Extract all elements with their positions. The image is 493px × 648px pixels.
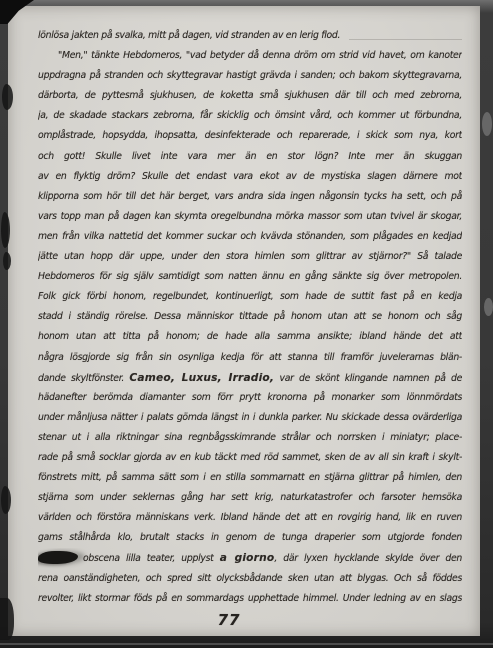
text-line: men från vilka nattetid det kommer sucka… [38, 227, 462, 247]
paper-sheet: lönlösa jakten på svalka, mitt på dagen,… [8, 6, 480, 636]
text-line: omplåstrade, hopsydda, ihopsatta, desinf… [38, 126, 462, 146]
text-segment: revolter, likt stormar föds på en sommar… [38, 593, 462, 604]
text-segment: men från vilka nattetid det kommer sucka… [38, 231, 462, 242]
text-line: ja, de skadade stackars zebrorna, får sk… [38, 106, 462, 126]
text-segment: lönlösa jakten på svalka, mitt på dagen,… [38, 26, 340, 46]
text-line: rade på små socklar gjorda av en kub täc… [38, 448, 462, 468]
text-line: dande skyltfönster. Cameo, Luxus, Irradi… [38, 368, 462, 388]
text-segment: Hebdomeros för sig själv samtidigt som n… [38, 271, 462, 282]
text-segment: jätte utan hopp där uppe, under den stor… [38, 251, 462, 262]
text-segment: världen och förstöra människans verk. Ib… [38, 512, 462, 523]
text-segment: stjärna som under seklernas gång har set… [38, 492, 462, 503]
text-line: världen och förstöra människans verk. Ib… [38, 508, 462, 528]
text-line: under månljusa nätter i palats gömda län… [38, 408, 462, 428]
text-segment: gams stålhårda klo, brutalt stacks in ge… [38, 532, 462, 543]
emphasized-text: a giorno [220, 552, 275, 564]
text-line: revolter, likt stormar föds på en sommar… [38, 589, 462, 609]
text-line: klipporna som hör till det här berget, v… [38, 187, 462, 207]
text-segment: rade på små socklar gjorda av en kub täc… [38, 452, 462, 463]
edge-light-spot [484, 298, 493, 316]
text-line: uppdragna på stranden och skyttegravar h… [38, 66, 462, 86]
text-line: vars topp man på dagen kan skymta oregel… [38, 207, 462, 227]
text-segment: Folk gick förbi honom, regelbundet, kont… [38, 291, 462, 302]
text-line: lönlösa jakten på svalka, mitt på dagen,… [38, 26, 462, 46]
text-line: fönstrets mitt, på samma sätt som i en s… [38, 468, 462, 488]
text-segment: uppdragna på stranden och skyttegravar h… [38, 70, 462, 81]
text-segment: omplåstrade, hopsydda, ihopsatta, desinf… [38, 130, 462, 141]
text-segment: stadd i ständig rörelse. Dessa människor… [38, 311, 462, 322]
text-segment: fönstrets mitt, på samma sätt som i en s… [38, 472, 462, 483]
text-line: hädanefter berömda diamanter som förr pr… [38, 388, 462, 408]
text-segment: ja, de skadade stackars zebrorna, får sk… [38, 110, 462, 121]
page-number: 77 [8, 611, 450, 629]
text-line: stenar ut i alla riktningar sina regnbåg… [38, 428, 462, 448]
ruled-trail-line [349, 39, 462, 40]
text-segment: honom utan att titta på honom; de hade a… [38, 331, 462, 342]
text-segment: dande skyltfönster. [38, 373, 129, 384]
ink-blob [38, 551, 78, 564]
text-line: av en flyktig dröm? Skulle det endast va… [38, 167, 462, 187]
text-line: Folk gick förbi honom, regelbundet, kont… [38, 287, 462, 307]
text-line: jätte utan hopp där uppe, under den stor… [38, 247, 462, 267]
text-line: "Men," tänkte Hebdomeros, "vad betyder d… [38, 46, 462, 66]
text-segment: därborta, de pyttesmå sjukhusen, de koke… [38, 90, 462, 101]
text-segment: var de skönt klingande namnen på de [274, 373, 462, 384]
text-segment: stenar ut i alla riktningar sina regnbåg… [38, 432, 462, 443]
text-segment: av en flyktig dröm? Skulle det endast va… [38, 171, 462, 182]
text-segment: obscena lilla teater, upplyst [83, 553, 220, 564]
text-line: därborta, de pyttesmå sjukhusen, de koke… [38, 86, 462, 106]
text-segment: klipporna som hör till det här berget, v… [38, 191, 462, 202]
text-line: stadd i ständig rörelse. Dessa människor… [38, 307, 462, 327]
text-segment: "Men," tänkte Hebdomeros, "vad betyder d… [58, 50, 462, 61]
scanned-book-page: lönlösa jakten på svalka, mitt på dagen,… [0, 0, 493, 648]
text-segment: under månljusa nätter i palats gömda län… [38, 412, 462, 423]
text-line: rena oanständigheten, och spred sitt oly… [38, 569, 462, 589]
text-line: några lösgjorde sig från sin osynliga ke… [38, 348, 462, 368]
text-segment: hädanefter berömda diamanter som förr pr… [38, 392, 462, 403]
text-segment: och gott! Skulle livet inte vara mer än … [38, 151, 462, 162]
text-line: och gott! Skulle livet inte vara mer än … [38, 147, 462, 167]
edge-light-spot [482, 112, 492, 136]
text-segment: rena oanständigheten, och spred sitt oly… [38, 573, 462, 584]
text-line: gams stålhårda klo, brutalt stacks in ge… [38, 528, 462, 548]
text-segment: vars topp man på dagen kan skymta oregel… [38, 211, 462, 222]
emphasized-text: Cameo, Luxus, Irradio, [129, 372, 274, 384]
text-line: stjärna som under seklernas gång har set… [38, 488, 462, 508]
text-block: lönlösa jakten på svalka, mitt på dagen,… [38, 26, 462, 609]
text-line: honom utan att titta på honom; de hade a… [38, 327, 462, 347]
text-segment: , där lyxen hycklande skylde över den [274, 553, 462, 564]
text-segment: några lösgjorde sig från sin osynliga ke… [38, 352, 462, 363]
text-line: obscena lilla teater, upplyst a giorno, … [38, 548, 462, 568]
text-line: Hebdomeros för sig själv samtidigt som n… [38, 267, 462, 287]
scan-bottom-line [0, 643, 493, 645]
